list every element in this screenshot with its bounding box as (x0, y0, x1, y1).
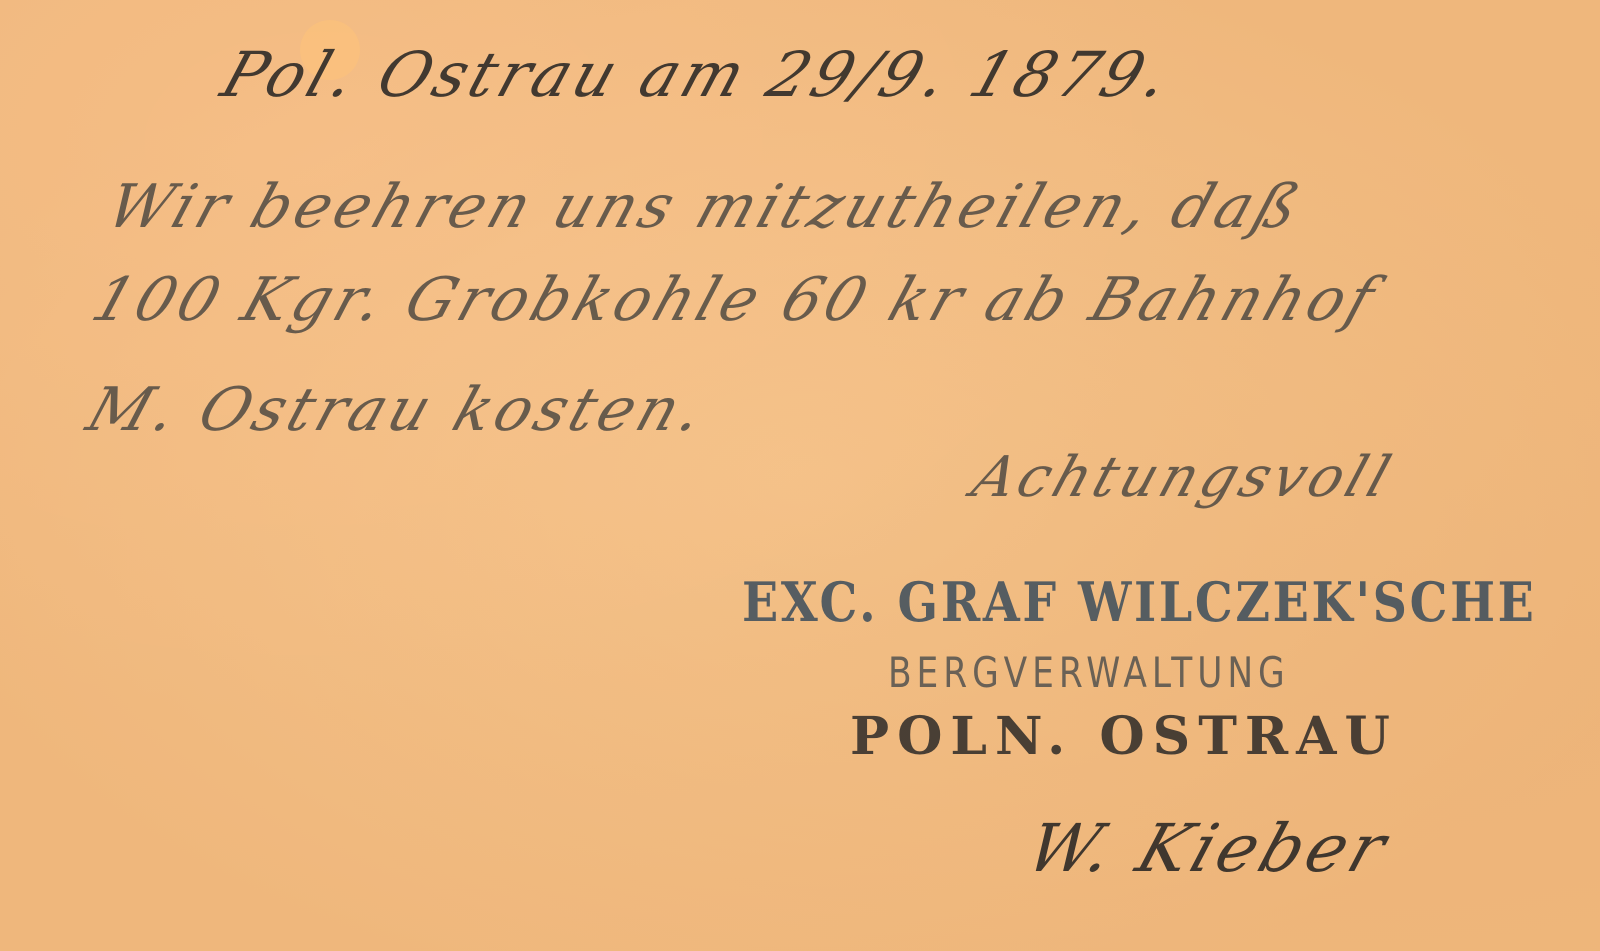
stamp-line-3: Poln. Ostrau (850, 706, 1398, 767)
body-line-1: Wir beehren uns mitzutheilen, daß (99, 172, 1312, 242)
postcard: Pol. Ostrau am 29/9. 1879. Wir beehren u… (0, 0, 1600, 951)
signature: W. Kieber (1017, 810, 1399, 887)
dateline: Pol. Ostrau am 29/9. 1879. (213, 38, 1182, 111)
stamp-line-2: Bergverwaltung (888, 648, 1290, 697)
body-line-2: 100 Kgr. Grobkohle 60 kr ab Bahnhof (84, 265, 1387, 335)
body-line-3: M. Ostrau kosten. (79, 375, 716, 445)
closing: Achtungsvoll (964, 445, 1401, 510)
stamp-line-1: Exc. Graf Wilczek'sche (742, 570, 1536, 634)
